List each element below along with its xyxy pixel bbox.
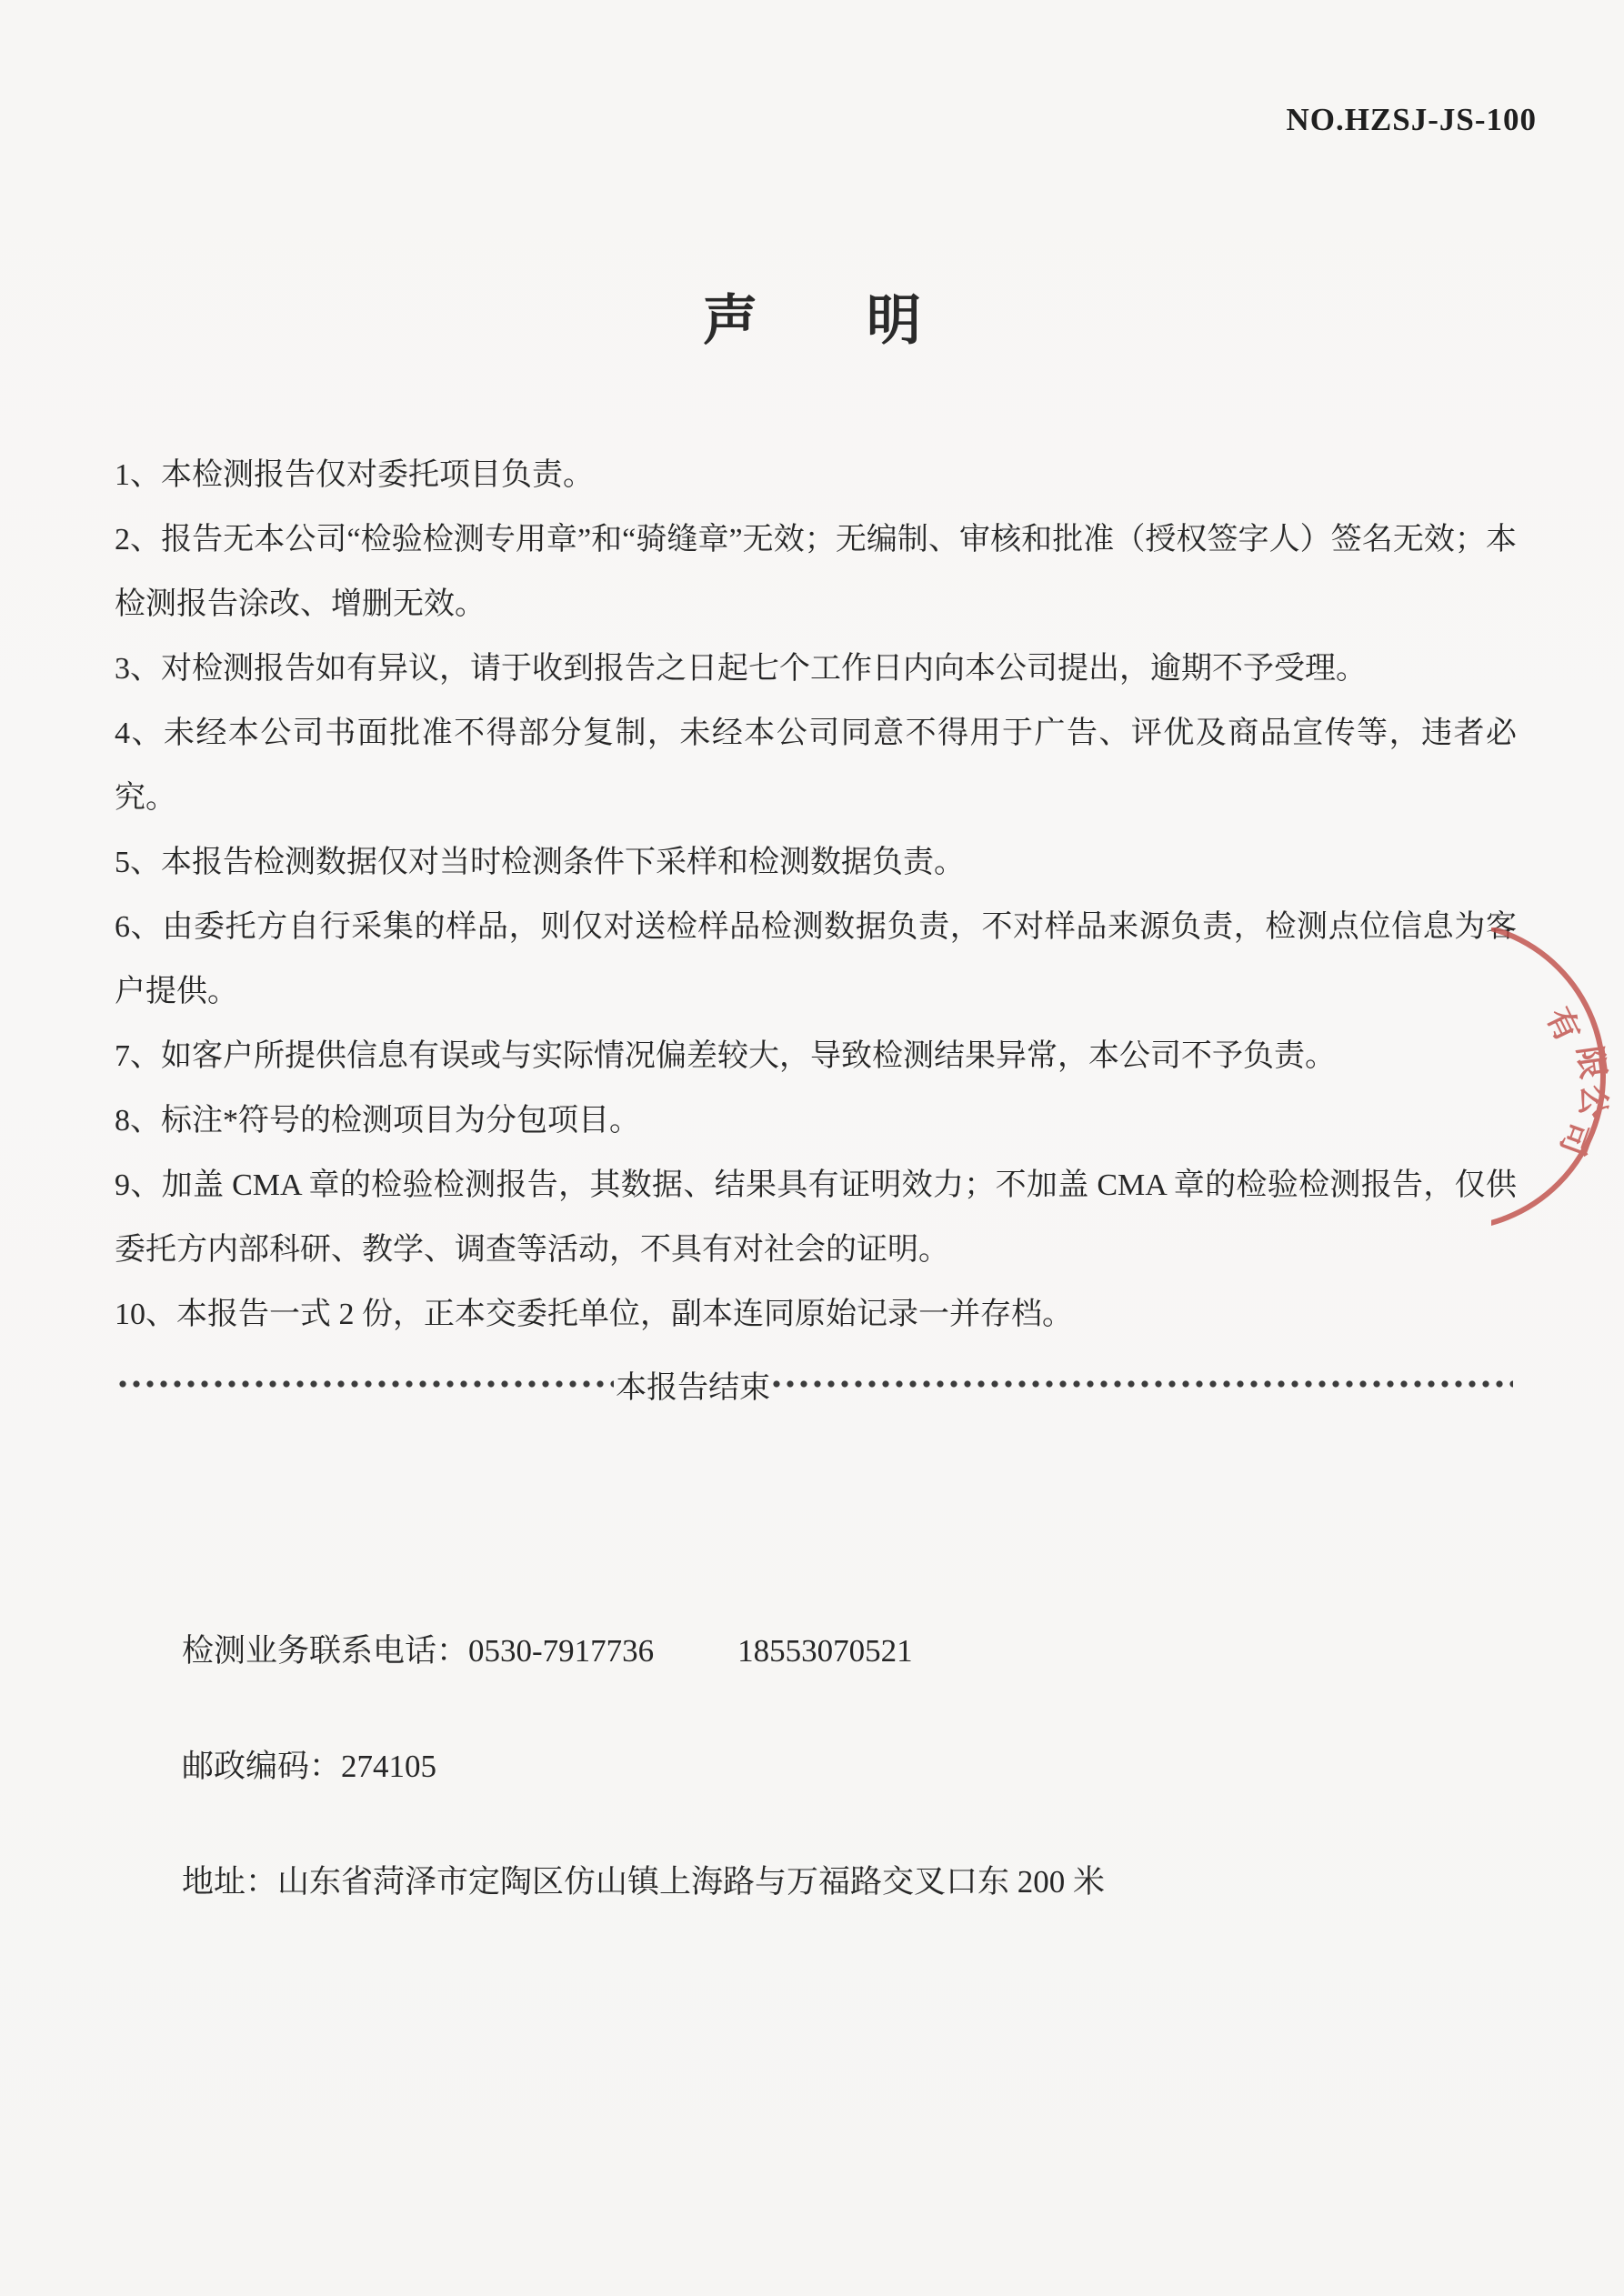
address-label: 地址： xyxy=(182,1864,277,1900)
stamp-char-3: 公 xyxy=(1573,1083,1612,1118)
phone-number-1: 0530-7917736 xyxy=(468,1633,654,1669)
statement-item-7: 7、如客户所提供信息有误或与实际情况偏差较大，导致检测结果异常，本公司不予负责。 xyxy=(115,1024,1517,1088)
stamp-char-1: 有 xyxy=(1539,1002,1587,1048)
phone-number-2: 18553070521 xyxy=(737,1633,913,1669)
end-of-report-divider: 本报告结束 xyxy=(118,1357,1513,1411)
stamp-char-2: 限 xyxy=(1571,1044,1612,1081)
declaration-page: NO.HZSJ-JS-100 声 明 1、本检测报告仅对委托项目负责。 2、报告… xyxy=(0,0,1624,2296)
statement-item-5: 5、本报告检测数据仅对当时检测条件下采样和检测数据负责。 xyxy=(115,830,1517,895)
statement-item-10: 10、本报告一式 2 份，正本交委托单位，副本连同原始记录一并存档。 xyxy=(115,1282,1517,1347)
company-stamp: 有 限 公 司 xyxy=(1491,927,1624,1228)
address-text: 山东省菏泽市定陶区仿山镇上海路与万福路交叉口东 200 米 xyxy=(277,1864,1105,1900)
postal-code: 274105 xyxy=(341,1749,436,1784)
statement-item-3: 3、对检测报告如有异议，请于收到报告之日起七个工作日内向本公司提出，逾期不予受理… xyxy=(115,637,1517,701)
dotted-leader-right xyxy=(772,1379,1513,1389)
contact-phone-line: 检测业务联系电话：0530-791773618553070521 xyxy=(182,1626,1105,1671)
stamp-char-4: 司 xyxy=(1553,1117,1599,1160)
page-title: 声 明 xyxy=(0,277,1624,356)
statement-list: 1、本检测报告仅对委托项目负责。 2、报告无本公司“检验检测专用章”和“骑缝章”… xyxy=(115,443,1517,1347)
postal-label: 邮政编码： xyxy=(182,1749,341,1784)
contact-address-line: 地址：山东省菏泽市定陶区仿山镇上海路与万福路交叉口东 200 米 xyxy=(182,1857,1105,1902)
contact-postal-line: 邮政编码：274105 xyxy=(182,1741,1105,1787)
statement-item-8: 8、标注*符号的检测项目为分包项目。 xyxy=(115,1088,1517,1153)
statement-item-2: 2、报告无本公司“检验检测专用章”和“骑缝章”无效；无编制、审核和批准（授权签字… xyxy=(115,507,1517,637)
end-of-report-label: 本报告结束 xyxy=(614,1362,772,1407)
report-number: NO.HZSJ-JS-100 xyxy=(1286,102,1537,138)
dotted-leader-left xyxy=(118,1379,614,1389)
statement-item-4: 4、未经本公司书面批准不得部分复制，未经本公司同意不得用于广告、评优及商品宣传等… xyxy=(115,701,1517,830)
phone-label: 检测业务联系电话： xyxy=(182,1633,468,1669)
statement-item-9: 9、加盖 CMA 章的检验检测报告，其数据、结果具有证明效力；不加盖 CMA 章… xyxy=(115,1153,1517,1282)
statement-item-6: 6、由委托方自行采集的样品，则仅对送检样品检测数据负责，不对样品来源负责，检测点… xyxy=(115,895,1517,1024)
statement-item-1: 1、本检测报告仅对委托项目负责。 xyxy=(115,443,1517,507)
contact-block: 检测业务联系电话：0530-791773618553070521 邮政编码：27… xyxy=(182,1626,1105,1972)
